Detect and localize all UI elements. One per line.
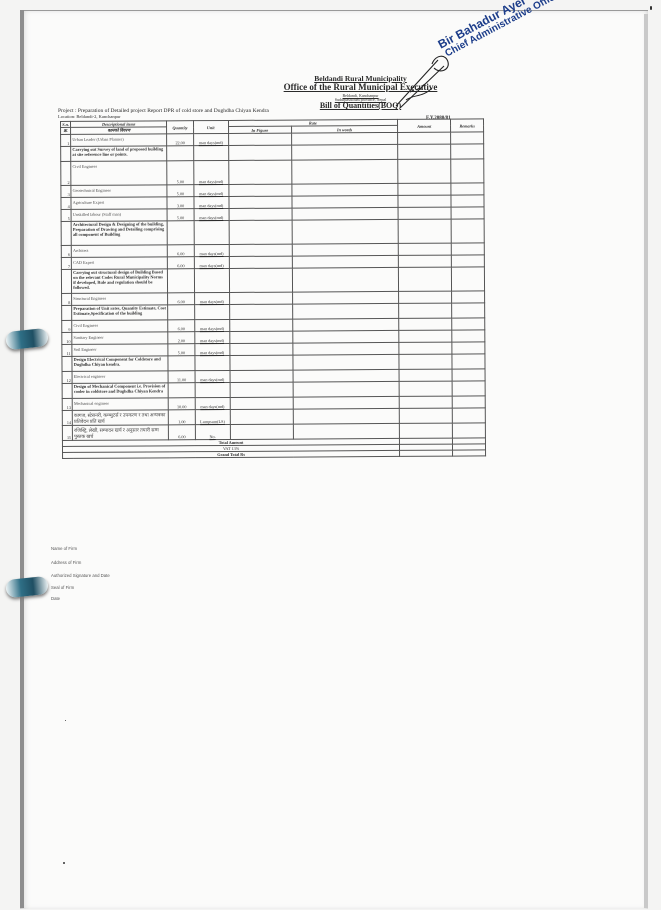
row-description: Structural Engineer: [72, 293, 168, 306]
row-remarks: [452, 318, 485, 330]
row-remarks: [452, 354, 485, 369]
row-remarks: [452, 267, 485, 291]
row-amount: [399, 381, 452, 396]
row-quantity: 22.00: [167, 134, 194, 146]
page-spine-shadow: [20, 10, 24, 908]
row-amount: [399, 369, 452, 381]
row-rate-words: [293, 396, 399, 409]
row-unit: [194, 220, 229, 244]
table-section-heading-row: Carrying out structural design of Buildi…: [61, 267, 484, 294]
header-sn-np: क्र.: [61, 127, 71, 134]
row-description: Civil Engineer: [71, 161, 167, 186]
row-remarks: [452, 243, 485, 255]
row-sn: 10: [62, 332, 72, 344]
row-rate-words: [292, 291, 398, 304]
row-remarks: [452, 255, 485, 267]
row-amount: [398, 144, 451, 159]
row-rate-figure: [229, 220, 292, 244]
footer-date: Date: [51, 596, 60, 601]
row-amount: [398, 219, 451, 243]
header-remarks: Remarks: [451, 119, 484, 132]
row-remarks: [453, 423, 486, 438]
row-quantity: 1.00: [169, 410, 196, 425]
row-rate-words: [293, 369, 399, 382]
row-rate-words: [292, 255, 398, 268]
row-amount: [399, 330, 452, 342]
row-description: Agriculture Expert: [71, 197, 167, 210]
row-sn: 5: [61, 209, 71, 221]
row-sn: [62, 356, 72, 371]
row-sn: 4: [61, 197, 71, 209]
row-rate-words: [292, 159, 398, 184]
row-description: Design Electrical Component for Coldstor…: [72, 356, 168, 372]
row-rate-figure: [229, 355, 292, 370]
row-rate-words: [292, 303, 398, 319]
row-sn: 2: [61, 161, 71, 185]
row-rate-figure: [230, 409, 293, 424]
row-amount: [399, 291, 452, 303]
row-description: Electrical engineer: [72, 371, 168, 384]
row-rate-figure: [229, 343, 292, 355]
row-quantity: [168, 269, 195, 293]
footer-signature: Authorized Signature and Date: [51, 573, 110, 578]
row-remarks: [452, 330, 485, 342]
row-amount: [399, 354, 452, 369]
page-right-edge: [644, 14, 648, 908]
row-quantity: 6.00: [168, 257, 195, 269]
row-sn: 13: [62, 398, 72, 410]
row-sn: 12: [62, 371, 72, 383]
row-remarks: [451, 183, 484, 195]
row-quantity: 6.00: [169, 425, 196, 440]
row-rate-figure: [228, 160, 291, 184]
row-amount: [399, 267, 452, 291]
row-remarks: [452, 342, 485, 354]
footer-address-of-firm: Address of Firm: [51, 560, 81, 565]
row-quantity: 11.00: [168, 371, 195, 383]
row-unit: [195, 382, 230, 397]
row-description: Preparation of Unit rates, Quantity Esti…: [72, 305, 168, 321]
row-rate-words: [292, 267, 398, 292]
row-amount: [398, 183, 451, 195]
row-rate-words: [293, 318, 399, 331]
row-unit: man days(md): [195, 370, 230, 382]
row-rate-figure: [229, 319, 292, 331]
row-unit: [193, 145, 228, 160]
row-sn: 1: [61, 134, 71, 146]
row-quantity: [168, 356, 195, 371]
row-sn: 11: [62, 344, 72, 356]
office-name: Office of the Rural Municipal Executive: [30, 82, 661, 92]
table-section-heading-row: Architectural Design & Designing of the …: [61, 219, 484, 246]
row-quantity: 6.00: [168, 320, 195, 332]
row-sn: [62, 383, 72, 398]
footer-seal: Seal of Firm: [51, 585, 74, 590]
row-quantity: 5.00: [167, 209, 194, 221]
row-rate-figure: [229, 331, 292, 343]
row-description: Geotechnical Engineer: [71, 185, 167, 198]
row-remarks: [453, 408, 486, 423]
header-quantity: Quantity: [167, 121, 194, 134]
row-unit: [194, 268, 229, 292]
row-sn: [61, 221, 71, 245]
row-sn: [61, 146, 71, 161]
row-unit: man days(md): [194, 184, 229, 196]
row-description: Unskilled labour (Staff man): [71, 209, 167, 222]
row-unit: [195, 355, 230, 370]
row-remarks: [451, 219, 484, 243]
row-description: Architect: [71, 245, 167, 258]
row-sn: 14: [62, 410, 72, 425]
row-description: Carrying out structural design of Buildi…: [72, 269, 168, 294]
row-unit: man days(md): [194, 292, 229, 304]
row-unit: man days(md): [194, 244, 229, 256]
header-amount: Amount: [398, 119, 451, 132]
row-rate-figure: [229, 208, 292, 220]
row-rate-figure: [230, 370, 293, 382]
row-rate-words: [292, 243, 398, 256]
scan-speck: [650, 6, 652, 10]
row-rate-words: [292, 219, 398, 244]
row-unit: man days(md): [195, 331, 230, 343]
row-rate-words: [292, 195, 398, 208]
row-sn: 6: [61, 245, 71, 257]
row-remarks: [452, 291, 485, 303]
row-rate-figure: [229, 256, 292, 268]
scan-speck: [65, 720, 66, 721]
row-amount: [398, 207, 451, 219]
row-sn: [61, 269, 71, 293]
row-sn: 9: [62, 320, 72, 332]
row-description: Mechanical engineer: [72, 398, 168, 411]
row-remarks: [451, 159, 484, 183]
row-quantity: 5.00: [167, 161, 194, 185]
row-quantity: 6.00: [167, 245, 194, 257]
row-rate-figure: [228, 184, 291, 196]
row-rate-words: [293, 423, 399, 439]
row-amount: [398, 195, 451, 207]
row-rate-words: [292, 207, 398, 220]
row-rate-figure: [229, 304, 292, 319]
row-rate-words: [293, 330, 399, 343]
grand-total-value: [400, 450, 453, 456]
row-remarks: [452, 396, 485, 408]
row-unit: man days(md): [195, 319, 230, 331]
row-quantity: [167, 146, 194, 161]
row-amount: [398, 243, 451, 255]
row-description: Sanitary Engineer: [72, 332, 168, 345]
row-sn: [62, 305, 72, 320]
row-rate-figure: [229, 268, 292, 292]
row-rate-figure: [229, 244, 292, 256]
row-unit: man days(md): [193, 133, 228, 145]
row-unit: man days(md): [195, 343, 230, 355]
row-amount: [399, 423, 452, 438]
row-rate-figure: [228, 133, 291, 145]
row-remarks: [451, 132, 484, 144]
row-amount: [399, 303, 452, 318]
row-unit: man days(md): [195, 397, 230, 409]
row-sn: 15: [62, 425, 72, 440]
row-sn: 3: [61, 185, 71, 197]
row-description: कागज, स्टेसनरी, कम्प्युटर्स र उपकरण र तथ…: [72, 410, 168, 426]
row-unit: man days(md): [194, 256, 229, 268]
row-unit: No.: [195, 424, 230, 439]
row-amount: [398, 132, 451, 144]
scan-speck: [63, 862, 65, 864]
footer-name-of-firm: Name of Firm: [51, 546, 77, 551]
row-quantity: 5.00: [168, 344, 195, 356]
row-sn: 7: [61, 257, 71, 269]
row-rate-words: [293, 342, 399, 355]
row-rate-words: [293, 381, 399, 397]
row-rate-words: [291, 132, 397, 145]
row-amount: [398, 159, 451, 183]
row-quantity: 5.00: [167, 185, 194, 197]
row-rate-figure: [228, 145, 291, 160]
row-rate-figure: [230, 382, 293, 397]
row-rate-figure: [230, 424, 293, 439]
row-remarks: [452, 369, 485, 381]
row-quantity: [168, 305, 195, 320]
row-rate-figure: [229, 292, 292, 304]
row-unit: man days(md): [194, 208, 229, 220]
row-description: CAD Expert: [72, 257, 168, 270]
row-quantity: 2.00: [168, 332, 195, 344]
row-description: रजिस्ट्रि, लेखी, सम्पादन खर्च र अनुसार त…: [73, 425, 169, 441]
row-remarks: [451, 195, 484, 207]
row-amount: [399, 408, 452, 423]
row-description: Urban Leader (Urban Planner): [71, 134, 167, 147]
row-remarks: [452, 303, 485, 318]
location-line: Location: Beldandi-2, Kanchanpur: [58, 114, 121, 119]
row-description: Architectural Design & Designing of the …: [71, 221, 167, 246]
row-amount: [399, 396, 452, 408]
row-remarks: [452, 381, 485, 396]
row-quantity: [168, 383, 195, 398]
row-sn: 8: [62, 293, 72, 305]
row-amount: [399, 342, 452, 354]
row-rate-figure: [230, 397, 293, 409]
row-rate-figure: [228, 196, 291, 208]
row-unit: man days(md): [194, 196, 229, 208]
row-quantity: [167, 221, 194, 245]
row-unit: Lumpsum(LS): [195, 409, 230, 424]
row-quantity: 6.00: [168, 293, 195, 305]
row-unit: [194, 304, 229, 319]
row-rate-words: [293, 408, 399, 424]
row-description: Civil Engineer: [72, 320, 168, 333]
row-remarks: [451, 144, 484, 159]
row-amount: [399, 318, 452, 330]
row-description: Soil Engineer: [72, 344, 168, 357]
row-amount: [398, 255, 451, 267]
boq-table: S.n. Descriptional items Quantity Unit R…: [60, 118, 486, 459]
row-quantity: 3.00: [167, 197, 194, 209]
header-unit: Unit: [193, 120, 228, 133]
table-row: 2Civil Engineer5.00man days(md): [61, 159, 484, 186]
row-quantity: 10.00: [168, 398, 195, 410]
row-remarks: [451, 207, 484, 219]
row-rate-words: [292, 183, 398, 196]
row-rate-words: [293, 354, 399, 370]
row-description: Carrying out Survey of land of proposed …: [71, 146, 167, 162]
row-unit: man days(md): [194, 160, 229, 184]
row-description: Design of Mechanical Component i.e. Prov…: [72, 383, 168, 399]
row-rate-words: [292, 144, 398, 160]
